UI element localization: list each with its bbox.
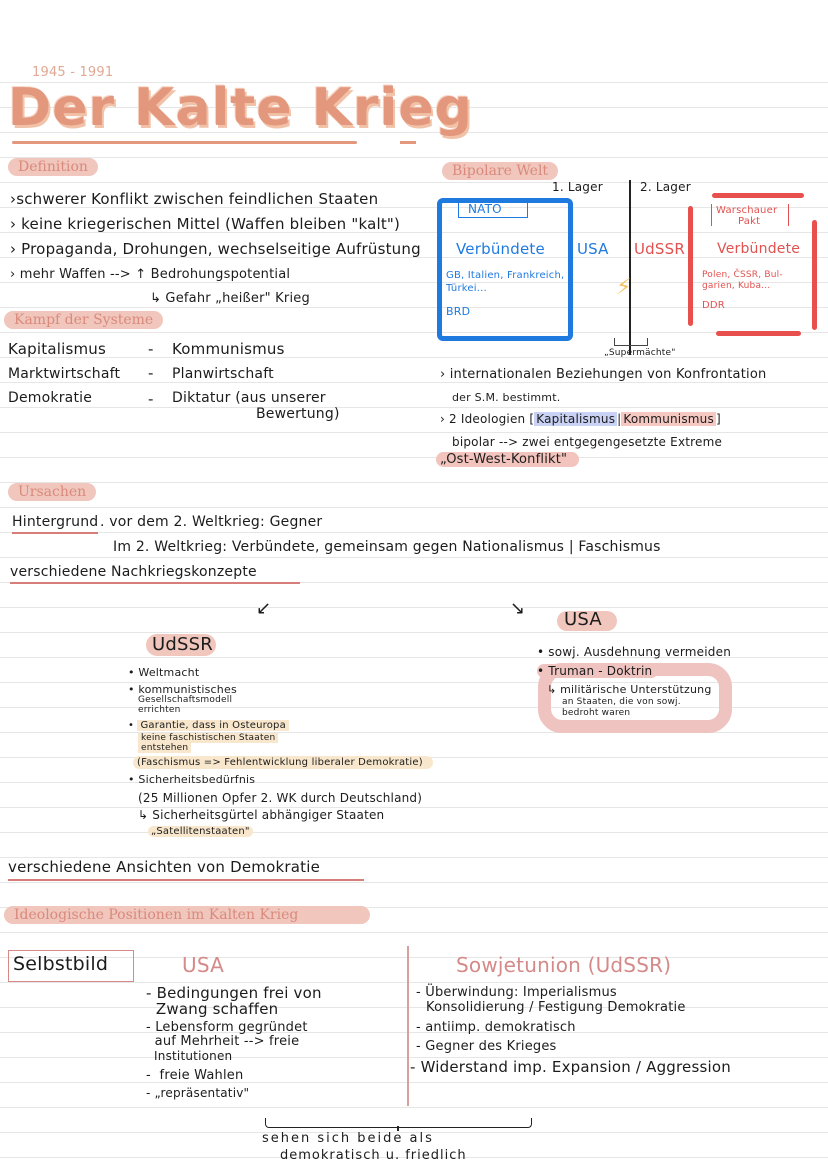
usa-superpower-label: USA xyxy=(577,240,609,258)
udssr-item-detail: Gesellschaftsmodell xyxy=(138,695,232,705)
west-allies-label: Verbündete xyxy=(456,240,545,258)
usa-position: - freie Wahlen xyxy=(146,1068,243,1083)
tag-kampf-der-systeme: Kampf der Systeme xyxy=(4,311,163,329)
kampf-right: Kommunismus xyxy=(172,340,285,358)
ideologies-line: › 2 Ideologien [Kapitalismus|Kommunismus… xyxy=(440,412,721,426)
arrow-down-right-icon: ↘ xyxy=(510,598,525,619)
udssr-position: Konsolidierung / Festigung Demokratie xyxy=(426,1000,686,1015)
ideology-kommunismus: Kommunismus xyxy=(621,412,716,426)
supermaechte-bracket xyxy=(614,338,648,346)
udssr-item-detail: errichten xyxy=(138,705,181,715)
kampf-right: Diktatur (aus unserer xyxy=(172,390,326,406)
west-extra: BRD xyxy=(446,305,470,318)
east-countries-2: garien, Kuba... xyxy=(702,281,770,291)
lager-2-label: 2. Lager xyxy=(640,180,691,194)
udssr-item: Garantie, dass in Osteuropa xyxy=(128,720,289,731)
ansichten-demokratie: verschiedene Ansichten von Demokratie xyxy=(8,858,320,876)
usa-position: - „repräsentativ" xyxy=(146,1086,249,1100)
fazit-line-1: sehen sich beide als xyxy=(262,1131,434,1146)
ideology-kapitalismus: Kapitalismus xyxy=(534,412,617,426)
tag-bipolare-welt: Bipolare Welt xyxy=(442,162,558,180)
usa-item: Truman - Doktrin xyxy=(537,664,658,678)
udssr-item-detail: keine faschistischen Staaten xyxy=(138,733,278,743)
camp-divider xyxy=(629,180,631,355)
truman-detail: ↳ militärische Unterstützung xyxy=(547,683,712,696)
east-bloc-box-right xyxy=(812,220,817,330)
west-countries-2: Türkei... xyxy=(446,283,487,294)
udssr-position: - Widerstand imp. Expansion / Aggression xyxy=(410,1058,731,1076)
bipolar-line: bipolar --> zwei entgegengesetzte Extrem… xyxy=(452,435,722,449)
east-allies-label: Verbündete xyxy=(717,241,800,257)
usa-position: auf Mehrheit --> freie xyxy=(146,1034,299,1049)
udssr-item: Sicherheitsbedürfnis xyxy=(128,773,255,786)
satelliten-text: „Satellitenstaaten" xyxy=(148,826,253,837)
kampf-left: Marktwirtschaft xyxy=(8,366,120,382)
nato-label: NATO xyxy=(468,202,502,216)
udssr-satelliten: „Satellitenstaaten" xyxy=(148,826,253,837)
hintergrund-underline xyxy=(12,532,98,534)
supermaechte-label: „Supermächte" xyxy=(604,348,676,358)
kampf-right: Planwirtschaft xyxy=(172,366,274,382)
nachkriegskonzepte: verschiedene Nachkriegskonzepte xyxy=(10,564,257,580)
udssr-opfer: (25 Millionen Opfer 2. WK durch Deutschl… xyxy=(138,791,422,805)
east-bloc-box-bottom xyxy=(716,331,801,336)
arrow-down-left-icon: ↙ xyxy=(256,598,271,619)
definition-item: › Propaganda, Drohungen, wechselseitige … xyxy=(10,240,421,258)
definition-item: › keine kriegerischen Mittel (Waffen ble… xyxy=(10,215,400,233)
hintergrund-line-2: Im 2. Weltkrieg: Verbündete, gemeinsam g… xyxy=(113,539,661,555)
warsaw-pact-label-2: Pakt xyxy=(738,216,760,227)
nachkriegs-underline xyxy=(10,582,300,584)
column-divider xyxy=(407,946,409,1106)
udssr-superpower-label: UdSSR xyxy=(634,240,685,258)
east-bloc-box-top xyxy=(712,193,804,198)
udssr-column-title: Sowjetunion (UdSSR) xyxy=(456,953,671,977)
kampf-left: Demokratie xyxy=(8,390,92,406)
hintergrund-label: Hintergrund xyxy=(12,514,98,530)
bipolar-note: › internationalen Beziehungen von Konfro… xyxy=(440,367,766,382)
fazit-line-2: demokratisch u. friedlich xyxy=(280,1148,467,1163)
udssr-guertel: ↳ Sicherheitsgürtel abhängiger Staaten xyxy=(138,808,384,822)
faschismus-note: (Faschismus => Fehlentwicklung liberaler… xyxy=(133,757,433,768)
udssr-garantie-line3: entstehen xyxy=(138,743,191,753)
udssr-garantie-line2: keine faschistischen Staaten xyxy=(138,733,278,743)
east-countries: Polen, ČSSR, Bul- xyxy=(702,270,783,280)
definition-item: ›schwerer Konflikt zwischen feindlichen … xyxy=(10,190,378,208)
ost-west-konflikt: „Ost-West-Konflikt" xyxy=(436,452,579,467)
kampf-continuation: Bewertung) xyxy=(256,406,340,422)
kampf-dash: - xyxy=(148,364,154,382)
usa-column-title: USA xyxy=(182,953,224,977)
title-underline xyxy=(12,141,357,144)
hintergrund-line-1: . vor dem 2. Weltkrieg: Gegner xyxy=(100,514,322,530)
udssr-item-detail: entstehen xyxy=(138,743,191,753)
tag-ideologische-positionen: Ideologische Positionen im Kalten Krieg xyxy=(4,906,370,924)
definition-item: › mehr Waffen --> ↑ Bedrohungspotential xyxy=(10,267,290,282)
udssr-position: - antiimp. demokratisch xyxy=(416,1020,576,1035)
tag-ursachen: Ursachen xyxy=(8,483,96,501)
page-title: Der Kalte Krieg xyxy=(8,78,473,138)
usa-position: - Lebensform gegründet xyxy=(146,1020,308,1035)
udssr-title: UdSSR xyxy=(152,634,213,655)
east-extra: DDR xyxy=(702,300,725,311)
selbstbild-label: Selbstbild xyxy=(13,953,108,975)
kampf-left: Kapitalismus xyxy=(8,340,106,358)
kampf-dash: - xyxy=(148,390,154,408)
udssr-position: - Überwindung: Imperialismus xyxy=(416,985,617,1000)
east-bloc-box-left xyxy=(688,206,693,326)
warsaw-pact-label-1: Warschauer xyxy=(716,205,777,216)
ansichten-underline xyxy=(8,879,364,881)
definition-sub: ↳ Gefahr „heißer" Krieg xyxy=(150,291,310,306)
ideologies-prefix: › 2 Ideologien [ xyxy=(440,412,534,426)
faschismus-note-text: (Faschismus => Fehlentwicklung liberaler… xyxy=(133,756,433,769)
usa-position: Institutionen xyxy=(146,1049,232,1063)
udssr-garantie: Garantie, dass in Osteuropa xyxy=(137,720,288,731)
truman-detail: bedroht waren xyxy=(562,708,630,718)
title-dash xyxy=(400,141,416,144)
kampf-dash: - xyxy=(148,340,154,358)
usa-title: USA xyxy=(564,609,602,630)
ideologies-close: ] xyxy=(716,412,721,426)
udssr-item: Weltmacht xyxy=(128,666,199,679)
west-countries: GB, Italien, Frankreich, xyxy=(446,270,564,281)
tag-definition: Definition xyxy=(8,158,98,176)
udssr-position: - Gegner des Krieges xyxy=(416,1039,557,1054)
page-top-margin xyxy=(0,0,828,82)
lager-1-label: 1. Lager xyxy=(552,180,603,194)
bipolar-note: der S.M. bestimmt. xyxy=(452,391,560,404)
lightning-icon: ⚡ xyxy=(616,275,631,300)
usa-position: Zwang schaffen xyxy=(146,1000,278,1018)
truman-detail: an Staaten, die von sowj. xyxy=(562,697,681,707)
usa-item: sowj. Ausdehnung vermeiden xyxy=(537,645,731,659)
